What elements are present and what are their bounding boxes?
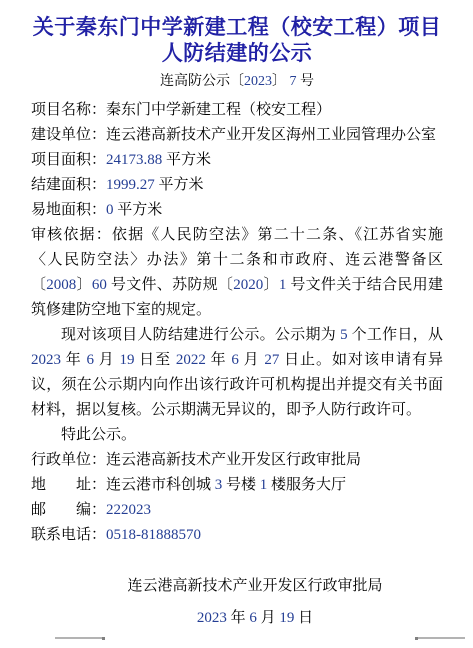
field-value: 1999.27 平方米 [106,177,204,193]
cjk-text: 年 [227,610,250,626]
document-content: 项目名称：秦东门中学新建工程（校安工程） 建设单位：连云港高新技术产业开发区海州… [31,98,443,548]
field-label: 易地面积： [31,202,106,218]
cjk-text: 月 [239,352,264,368]
numeric-text: 5 [340,327,348,343]
announcement-paragraph: 现对该项目人防结建进行公示。公示期为 5 个工作日，从 2023 年 6 月 1… [31,323,443,423]
contact-label: 地 址： [31,477,106,493]
table-corner-tick [415,637,418,640]
numeric-text: 0 [106,202,114,218]
contact-label: 邮 编： [31,502,106,518]
cjk-text: 号文件、苏防规〔 [107,277,233,293]
cjk-text: 连云港市科创城 [106,477,215,493]
numeric-text: 6 [249,610,257,626]
numeric-text: 60 [92,277,107,293]
page-title-line1: 关于秦东门中学新建工程（校安工程）项目 [31,15,443,41]
numeric-text: 222023 [106,502,151,518]
contact-admin-unit: 行政单位：连云港高新技术产业开发区行政审批局 [31,448,443,473]
contact-value: 连云港高新技术产业开发区行政审批局 [106,452,361,468]
numeric-text: 19 [119,352,134,368]
numeric-text: 6 [86,352,94,368]
numeric-text: 2023 [197,610,227,626]
numeric-text: 6 [231,352,239,368]
contact-address: 地 址：连云港市科创城 3 号楼 1 楼服务大厅 [31,473,443,498]
page-title: 关于秦东门中学新建工程（校安工程）项目 人防结建的公示 [31,15,443,67]
table-edge-fragment-left [55,637,105,639]
cjk-text: 秦东门中学新建工程（校安工程） [106,102,331,118]
numeric-text: 0518-81888570 [106,527,201,543]
contact-value: 连云港市科创城 3 号楼 1 楼服务大厅 [106,477,346,493]
field-label: 结建面积： [31,177,106,193]
contact-label: 行政单位： [31,452,106,468]
field-project-area: 项目面积：24173.88 平方米 [31,148,443,173]
cjk-text: 〕 [263,277,279,293]
issuing-organization: 连云港高新技术产业开发区行政审批局 [67,574,443,599]
numeric-text: 24173.88 [106,152,162,168]
field-label: 建设单位： [31,127,106,143]
numeric-text: 2022 [176,352,206,368]
numeric-text: 2008 [46,277,76,293]
numeric-text: 2020 [233,277,263,293]
issue-date: 2023 年 6 月 19 日 [67,606,443,631]
cjk-text: 〕 [76,277,92,293]
cjk-text: 年 [206,352,231,368]
cjk-text: 年 [61,352,86,368]
field-project-name: 项目名称：秦东门中学新建工程（校安工程） [31,98,443,123]
signature-block: 连云港高新技术产业开发区行政审批局 2023 年 6 月 19 日 [31,574,443,631]
cjk-text: 号楼 [222,477,260,493]
document-number: 连高防公示〔2023〕 7 号 [31,70,443,93]
field-construction-unit: 建设单位：连云港高新技术产业开发区海州工业园管理办公室 [31,123,443,148]
field-relocation-area: 易地面积：0 平方米 [31,198,443,223]
contact-value: 222023 [106,502,151,518]
cjk-text: 日 [294,610,313,626]
cjk-text: 〕 [272,74,290,89]
field-label: 项目面积： [31,152,106,168]
numeric-text: 7 [290,74,297,89]
numeric-text: 27 [264,352,279,368]
cjk-text: 月 [257,610,280,626]
closing-statement: 特此公示。 [31,423,443,448]
field-label: 项目名称： [31,102,106,118]
cjk-text: 号 [297,74,315,89]
document-body: 关于秦东门中学新建工程（校安工程）项目 人防结建的公示 连高防公示〔2023〕 … [0,0,473,631]
table-edge-fragment-right [415,637,465,639]
cjk-text: 平方米 [114,202,163,218]
cjk-text: 平方米 [162,152,211,168]
numeric-text: 2023 [244,74,272,89]
cjk-text: 日至 [134,352,175,368]
cjk-text: 月 [94,352,119,368]
contact-postal-code: 邮 编：222023 [31,498,443,523]
cjk-text: 现对该项目人防结建进行公示。公示期为 [61,327,340,343]
page-title-line2: 人防结建的公示 [31,41,443,67]
cjk-text: 个工作日，从 [348,327,443,343]
numeric-text: 1999.27 [106,177,155,193]
cjk-text: 平方米 [155,177,204,193]
field-built-area: 结建面积：1999.27 平方米 [31,173,443,198]
table-corner-tick [102,637,105,640]
numeric-text: 19 [279,610,294,626]
cjk-text: 楼服务大厅 [267,477,346,493]
cjk-text: 连云港高新技术产业开发区行政审批局 [106,452,361,468]
audit-basis-paragraph: 审核依据：依据《人民防空法》第二十二条、《江苏省实施〈人民防空法〉办法》第十二条… [31,223,443,323]
numeric-text: 2023 [31,352,61,368]
field-value: 连云港高新技术产业开发区海州工业园管理办公室 [106,127,436,143]
contact-phone: 联系电话：0518-81888570 [31,523,443,548]
field-value: 24173.88 平方米 [106,152,211,168]
cjk-text: 连高防公示〔 [160,74,244,89]
field-value: 秦东门中学新建工程（校安工程） [106,102,331,118]
field-value: 0 平方米 [106,202,162,218]
cjk-text: 连云港高新技术产业开发区海州工业园管理办公室 [106,127,436,143]
notice-document-page: { "colors": { "title_blue": "#2121A5", "… [0,0,473,648]
contact-value: 0518-81888570 [106,527,201,543]
contact-label: 联系电话： [31,527,106,543]
